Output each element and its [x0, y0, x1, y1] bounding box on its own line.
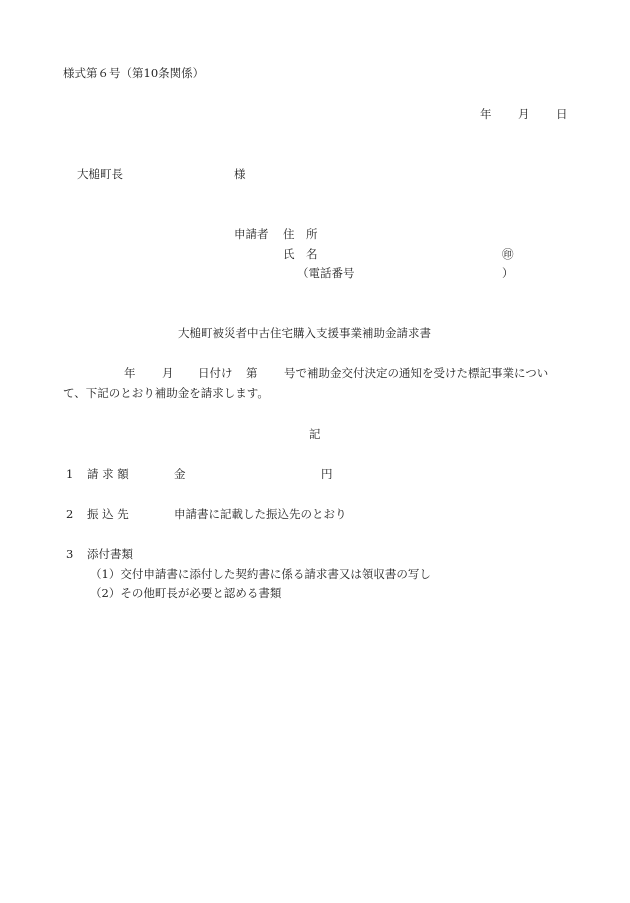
- item-1-label: 請 求 額: [87, 469, 129, 481]
- item-3-subitem-2: （2）その他町長が必要と認める書類: [90, 588, 281, 600]
- form-number: 様式第６号（第10条関係）: [63, 68, 204, 80]
- item-1-value-prefix: 金: [174, 469, 186, 481]
- body-month: 月: [162, 368, 174, 380]
- body-year: 年: [124, 368, 136, 380]
- item-1-number: 1: [66, 469, 73, 481]
- document-page: 様式第６号（第10条関係） 年 月 日 大槌町長 様 申請者 住 所 氏 名 ㊞…: [0, 0, 630, 903]
- applicant-name-label: 氏 名: [283, 249, 318, 261]
- applicant-phone-close: ）: [502, 268, 514, 280]
- date-year-label: 年: [480, 109, 492, 121]
- ki-heading: 記: [309, 429, 321, 441]
- addressee-honorific: 様: [234, 169, 246, 181]
- applicant-role-label: 申請者: [234, 229, 269, 241]
- item-3-subitem-1: （1）交付申請書に添付した契約書に係る請求書又は領収書の写し: [90, 569, 431, 581]
- item-2-label: 振 込 先: [87, 509, 129, 521]
- body-line1-rest: 号で補助金交付決定の通知を受けた標記事業につい: [284, 368, 548, 380]
- item-2-value: 申請書に記載した振込先のとおり: [174, 509, 347, 521]
- applicant-phone-label: （電話番号: [297, 268, 355, 280]
- date-day-label: 日: [556, 109, 568, 121]
- seal-icon: ㊞: [502, 249, 514, 261]
- body-day-suffix: 日付け: [198, 368, 233, 380]
- body-line2: て、下記のとおり補助金を請求します。: [63, 388, 269, 400]
- item-1-value-suffix: 円: [321, 469, 333, 481]
- applicant-address-label: 住 所: [283, 229, 318, 241]
- date-month-label: 月: [518, 109, 530, 121]
- item-2-number: 2: [66, 509, 73, 521]
- item-3-label: 添付書類: [87, 549, 133, 561]
- body-number-prefix: 第: [246, 368, 258, 380]
- addressee-name: 大槌町長: [77, 169, 123, 181]
- item-3-number: 3: [66, 549, 73, 561]
- document-title: 大槌町被災者中古住宅購入支援事業補助金請求書: [178, 328, 431, 340]
